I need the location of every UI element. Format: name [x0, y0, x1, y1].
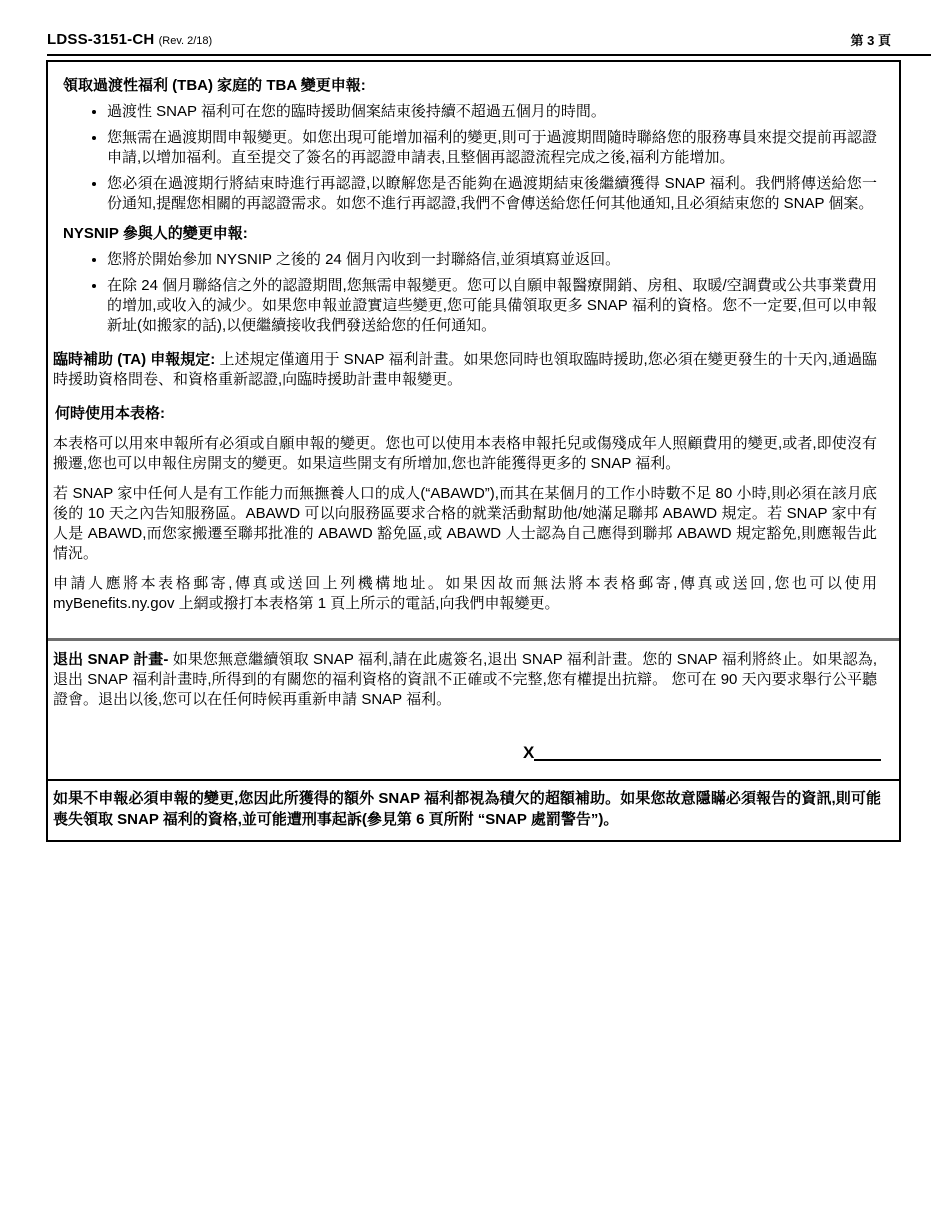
warning-text: 如果不申報必須申報的變更,您因此所獲得的額外 SNAP 福利都視為積欠的超額補助…	[53, 790, 881, 828]
nysnip-bullet-list: 您將於開始參加 NYSNIP 之後的 24 個月內收到一封聯絡信,並須填寫並返回…	[53, 250, 877, 336]
ta-reporting-rules-label: 臨時補助 (TA) 申報規定:	[53, 351, 215, 368]
form-identifier: LDSS-3151-CH (Rev. 2/18)	[47, 30, 212, 51]
abawd-paragraph: 若 SNAP 家中任何人是有工作能力而無撫養人口的成人(“ABAWD”),而其在…	[53, 484, 877, 564]
form-page: LDSS-3151-CH (Rev. 2/18) 第 3 頁 領取過渡性福利 (…	[0, 0, 950, 842]
tba-bullet: 您必須在過渡期行將結束時進行再認證,以瞭解您是否能夠在過渡期結束後繼續獲得 SN…	[107, 174, 877, 214]
tba-bullet: 您無需在過渡期間申報變更。如您出現可能增加福利的變更,則可于過渡期間隨時聯絡您的…	[107, 128, 877, 168]
ta-reporting-rules: 臨時補助 (TA) 申報規定: 上述規定僅適用于 SNAP 福利計畫。如果您同時…	[53, 350, 877, 390]
tba-bullet-list: 過渡性 SNAP 福利可在您的臨時援助個案結束後持續不超過五個月的時間。 您無需…	[53, 102, 877, 214]
opt-out-label: 退出 SNAP 計畫-	[53, 651, 168, 668]
nysnip-bullet: 在除 24 個月聯絡信之外的認證期間,您無需申報變更。您可以自願申報醫療開銷、房…	[107, 276, 877, 336]
penalty-warning-section: 如果不申報必須申報的變更,您因此所獲得的額外 SNAP 福利都視為積欠的超額補助…	[48, 781, 899, 840]
submission-paragraph: 申請人應將本表格郵寄,傳真或送回上列機構地址。如果因故而無法將本表格郵寄,傳真或…	[53, 574, 877, 614]
nysnip-bullet: 您將於開始參加 NYSNIP 之後的 24 個月內收到一封聯絡信,並須填寫並返回…	[107, 250, 877, 270]
opt-out-text: 如果您無意繼續領取 SNAP 福利,請在此處簽名,退出 SNAP 福利計畫。您的…	[53, 651, 877, 708]
nysnip-section-heading: NYSNIP 參與人的變更申報:	[63, 224, 877, 244]
form-number: LDSS-3151-CH	[47, 31, 154, 48]
instructions-section: 領取過渡性福利 (TBA) 家庭的 TBA 變更申報: 過渡性 SNAP 福利可…	[48, 62, 899, 638]
form-content-box: 領取過渡性福利 (TBA) 家庭的 TBA 變更申報: 過渡性 SNAP 福利可…	[46, 60, 901, 842]
tba-section-heading: 領取過渡性福利 (TBA) 家庭的 TBA 變更申報:	[63, 76, 877, 96]
page-number: 第 3 頁	[851, 31, 891, 51]
opt-out-paragraph: 退出 SNAP 計畫- 如果您無意繼續領取 SNAP 福利,請在此處簽名,退出 …	[53, 650, 877, 710]
signature-row: X	[523, 744, 881, 761]
signature-x-label: X	[523, 744, 534, 761]
opt-out-section: 退出 SNAP 計畫- 如果您無意繼續領取 SNAP 福利,請在此處簽名,退出 …	[48, 641, 899, 779]
usage-paragraph: 本表格可以用來申報所有必須或自願申報的變更。您也可以使用本表格申報托兒或傷殘成年…	[53, 434, 877, 474]
signature-line[interactable]	[534, 747, 881, 761]
when-to-use-heading: 何時使用本表格:	[55, 404, 877, 424]
form-revision: (Rev. 2/18)	[159, 35, 213, 47]
page-header: LDSS-3151-CH (Rev. 2/18) 第 3 頁	[47, 30, 931, 56]
tba-bullet: 過渡性 SNAP 福利可在您的臨時援助個案結束後持續不超過五個月的時間。	[107, 102, 877, 122]
